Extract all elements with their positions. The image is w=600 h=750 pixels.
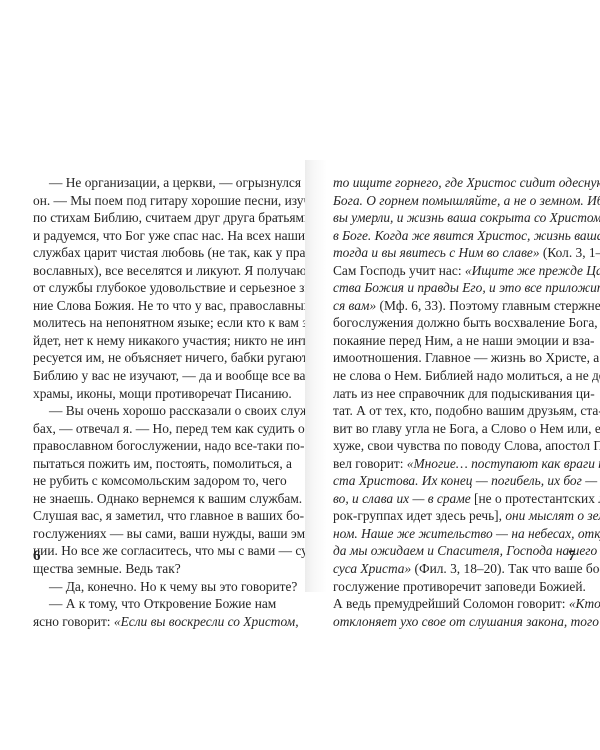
body-text: — А к тому, что Откровение Божие нам	[49, 596, 276, 611]
quote-text: «Если вы воскресли со Христом,	[114, 614, 299, 629]
text-line: гослужение противоречит заповеди Божией.	[333, 578, 577, 596]
body-text: [не о протестантских ли	[471, 491, 600, 506]
quote-text: тогда и вы явитесь с Ним во славе»	[333, 245, 540, 260]
body-text: (Кол. 3, 1–4).	[540, 245, 600, 260]
text-line: да мы ожидаем и Спасителя, Господа нашег…	[333, 542, 577, 560]
text-line: вит во главу угла не Бога, а Слово о Нем…	[333, 420, 577, 438]
quote-text: отклоняет ухо свое от слушания закона, т…	[333, 614, 599, 629]
text-line: ся вам» (Мф. 6, 33). Поэтому главным сте…	[333, 297, 577, 315]
text-line: — Не организации, а церкви, — огрызнулся	[33, 174, 275, 192]
page-number-right: 7	[568, 548, 576, 565]
body-text: йдет, нет к нему никакого участия; никто…	[33, 333, 318, 348]
text-line: — А к тому, что Откровение Божие нам	[33, 595, 275, 613]
text-line: вославных), все веселятся и ликуют. Я по…	[33, 262, 275, 280]
quote-text: в Боге. Когда же явится Христос, жизнь в…	[333, 228, 600, 243]
quote-text: «Кто	[569, 596, 600, 611]
body-text: Слушая вас, я заметил, что главное в ваш…	[33, 508, 304, 523]
text-line: йдет, нет к нему никакого участия; никто…	[33, 332, 275, 350]
right-page: то ищите горнего, где Христос сидит одес…	[305, 160, 600, 592]
page-number-left: 6	[33, 548, 41, 565]
body-text: хуже, свои чувства по поводу Слова, апос…	[333, 438, 600, 453]
text-line: ясно говорит: «Если вы воскресли со Хрис…	[33, 613, 275, 631]
text-line: и радуемся, что Бог уже спас нас. На все…	[33, 227, 275, 245]
body-text: А ведь премудрейший Соломон говорит:	[333, 596, 569, 611]
body-text: Сам Господь учит нас:	[333, 263, 465, 278]
body-text: вославных), все веселятся и ликуют. Я по…	[33, 263, 306, 278]
body-text: не знаешь. Однако вернемся к вашим служб…	[33, 491, 302, 506]
body-text: по стихам Библию, считаем друг друга бра…	[33, 210, 311, 225]
body-text: — Не организации, а церкви, — огрызнулся	[49, 175, 301, 190]
body-text: ции. Но все же согласитесь, что мы с вам…	[33, 543, 312, 558]
body-text: православном богослужении, надо все-таки…	[33, 438, 304, 453]
text-line: Слушая вас, я заметил, что главное в ваш…	[33, 507, 275, 525]
body-text: ясно говорит:	[33, 614, 114, 629]
body-text: пытаться пожить им, постоять, помолиться…	[33, 456, 292, 471]
text-line: вел говорит: «Многие… поступают как враг…	[333, 455, 577, 473]
text-line: отклоняет ухо свое от слушания закона, т…	[333, 613, 577, 631]
quote-text: «Многие… поступают как враги кре-	[407, 456, 600, 471]
body-text: от службы глубокое удовольствие и серьез…	[33, 280, 322, 295]
text-line: Библию у вас не изучают, — да и вообще в…	[33, 367, 275, 385]
quote-text: ста Христова. Их конец — погибель, их бо…	[333, 473, 600, 488]
left-page-text: — Не организации, а церкви, — огрызнулся…	[33, 174, 275, 630]
body-text: храмы, иконы, мощи противоречат Писанию.	[33, 386, 292, 401]
text-line: не знаешь. Однако вернемся к вашим служб…	[33, 490, 275, 508]
text-line: в Боге. Когда же явится Христос, жизнь в…	[333, 227, 577, 245]
quote-text: во, и слава их — в сраме	[333, 491, 471, 506]
text-line: от службы глубокое удовольствие и серьез…	[33, 279, 275, 297]
text-line: не слова о Нем. Библией надо молиться, а…	[333, 367, 577, 385]
text-line: то ищите горнего, где Христос сидит одес…	[333, 174, 577, 192]
text-line: хуже, свои чувства по поводу Слова, апос…	[333, 437, 577, 455]
text-line: службах царит чистая любовь (не так, как…	[33, 244, 275, 262]
body-text: и радуемся, что Бог уже спас нас. На все…	[33, 228, 312, 243]
text-line: во, и слава их — в сраме [не о протестан…	[333, 490, 577, 508]
text-line: богослужения должно быть восхваление Бог…	[333, 314, 577, 332]
text-line: суса Христа» (Фил. 3, 18–20). Так что ва…	[333, 560, 577, 578]
text-line: ства Божия и правды Его, и это все прило…	[333, 279, 577, 297]
body-text: ние Слова Божия. Не то что у вас, правос…	[33, 298, 314, 313]
text-line: ста Христова. Их конец — погибель, их бо…	[333, 472, 577, 490]
text-line: молитесь на непонятном языке; если кто к…	[33, 314, 275, 332]
quote-text: то ищите горнего, где Христос сидит одес…	[333, 175, 600, 190]
body-text: покаяние перед Ним, а не наши эмоции и в…	[333, 333, 594, 348]
body-text: вит во главу угла не Бога, а Слово о Нем…	[333, 421, 600, 436]
body-text: не рубить с комсомольским задором то, че…	[33, 473, 287, 488]
text-line: А ведь премудрейший Соломон говорит: «Кт…	[333, 595, 577, 613]
text-line: храмы, иконы, мощи противоречат Писанию.	[33, 385, 275, 403]
quote-text: ном. Наше же жительство — на небесах, от…	[333, 526, 600, 541]
body-text: службах царит чистая любовь (не так, как…	[33, 245, 310, 260]
text-line: покаяние перед Ним, а не наши эмоции и в…	[333, 332, 577, 350]
text-line: он. — Мы поем под гитару хорошие песни, …	[33, 192, 275, 210]
body-text: молитесь на непонятном языке; если кто к…	[33, 315, 318, 330]
right-page-text: то ищите горнего, где Христос сидит одес…	[333, 174, 577, 630]
body-text: (Мф. 6, 33). Поэтому главным стержнем	[376, 298, 600, 313]
body-text: вел говорит:	[333, 456, 407, 471]
text-line: не рубить с комсомольским задором то, че…	[33, 472, 275, 490]
text-line: пытаться пожить им, постоять, помолиться…	[33, 455, 275, 473]
text-line: тат. А от тех, кто, подобно вашим друзья…	[333, 402, 577, 420]
quote-text: они мыслят о зем-	[505, 508, 600, 523]
text-line: ном. Наше же жительство — на небесах, от…	[333, 525, 577, 543]
text-line: ресуется им, не объясняет ничего, бабки …	[33, 349, 275, 367]
text-line: рок-группах идет здесь речь], они мыслят…	[333, 507, 577, 525]
quote-text: суса Христа»	[333, 561, 411, 576]
body-text: гослужение противоречит заповеди Божией.	[333, 579, 586, 594]
quote-text: Бога. О горнем помышляйте, а не о земном…	[333, 193, 600, 208]
text-line: вы умерли, и жизнь ваша сокрыта со Христ…	[333, 209, 577, 227]
body-text: щества земные. Ведь так?	[33, 561, 181, 576]
quote-text: ства Божия и правды Его, и это все прило…	[333, 280, 600, 295]
body-text: рок-группах идет здесь речь],	[333, 508, 505, 523]
body-text: ресуется им, не объясняет ничего, бабки …	[33, 350, 324, 365]
body-text: он. — Мы поем под гитару хорошие песни, …	[33, 193, 331, 208]
body-text: лать из нее справочник для подыскивания …	[333, 386, 595, 401]
body-text: гослужениях — вы сами, ваши нужды, ваши …	[33, 526, 316, 541]
body-text: бах, — отвечал я. — Но, перед тем как су…	[33, 421, 305, 436]
left-page: — Не организации, а церкви, — огрызнулся…	[0, 0, 300, 750]
text-line: лать из нее справочник для подыскивания …	[333, 385, 577, 403]
body-text: не слова о Нем. Библией надо молиться, а…	[333, 368, 600, 383]
body-text: — Вы очень хорошо рассказали о своих слу…	[49, 403, 314, 418]
text-line: православном богослужении, надо все-таки…	[33, 437, 275, 455]
quote-text: «Ищите же прежде Цар-	[465, 263, 600, 278]
text-line: ние Слова Божия. Не то что у вас, правос…	[33, 297, 275, 315]
quote-text: да мы ожидаем и Спасителя, Господа нашег…	[333, 543, 600, 558]
text-line: Сам Господь учит нас: «Ищите же прежде Ц…	[333, 262, 577, 280]
body-text: — Да, конечно. Но к чему вы это говорите…	[49, 579, 297, 594]
text-line: по стихам Библию, считаем друг друга бра…	[33, 209, 275, 227]
quote-text: ся вам»	[333, 298, 376, 313]
text-line: Бога. О горнем помышляйте, а не о земном…	[333, 192, 577, 210]
body-text: имоотношения. Главное — жизнь во Христе,…	[333, 350, 599, 365]
text-line: щества земные. Ведь так?	[33, 560, 275, 578]
body-text: богослужения должно быть восхваление Бог…	[333, 315, 598, 330]
text-line: имоотношения. Главное — жизнь во Христе,…	[333, 349, 577, 367]
text-line: бах, — отвечал я. — Но, перед тем как су…	[33, 420, 275, 438]
body-text: тат. А от тех, кто, подобно вашим друзья…	[333, 403, 600, 418]
text-line: — Вы очень хорошо рассказали о своих слу…	[33, 402, 275, 420]
text-line: ции. Но все же согласитесь, что мы с вам…	[33, 542, 275, 560]
body-text: Библию у вас не изучают, — да и вообще в…	[33, 368, 323, 383]
quote-text: вы умерли, и жизнь ваша сокрыта со Христ…	[333, 210, 600, 225]
text-line: тогда и вы явитесь с Ним во славе» (Кол.…	[333, 244, 577, 262]
text-line: — Да, конечно. Но к чему вы это говорите…	[33, 578, 275, 596]
text-line: гослужениях — вы сами, ваши нужды, ваши …	[33, 525, 275, 543]
